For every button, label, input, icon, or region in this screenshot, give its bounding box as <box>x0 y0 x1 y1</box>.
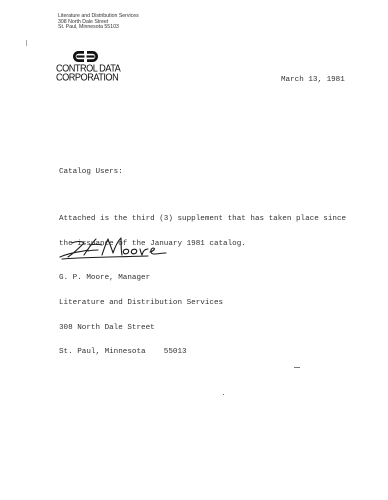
sender-line: 308 North Dale Street <box>59 324 223 332</box>
scan-mark <box>26 40 27 46</box>
sender-line: Literature and Distribution Services <box>59 299 223 307</box>
company-logo: CONTROL DATA CORPORATION <box>56 49 126 82</box>
control-data-logo-icon <box>72 49 99 64</box>
sender-line: G. P. Moore, Manager <box>59 274 223 282</box>
sender-block: G. P. Moore, Manager Literature and Dist… <box>59 258 223 365</box>
scan-mark <box>294 367 300 368</box>
sender-line: St. Paul, Minnesota 55013 <box>59 348 223 356</box>
scan-mark <box>223 394 224 395</box>
logo-text-line2: CORPORATION <box>56 73 126 82</box>
salutation: Catalog Users: <box>59 168 123 176</box>
letterhead-address: Literature and Distribution Services 308… <box>58 14 139 31</box>
letter-date: March 13, 1981 <box>281 76 345 84</box>
letterhead-line: St. Paul, Minnesota 55103 <box>58 25 139 31</box>
body-line: Attached is the third (3) supplement tha… <box>59 215 346 223</box>
